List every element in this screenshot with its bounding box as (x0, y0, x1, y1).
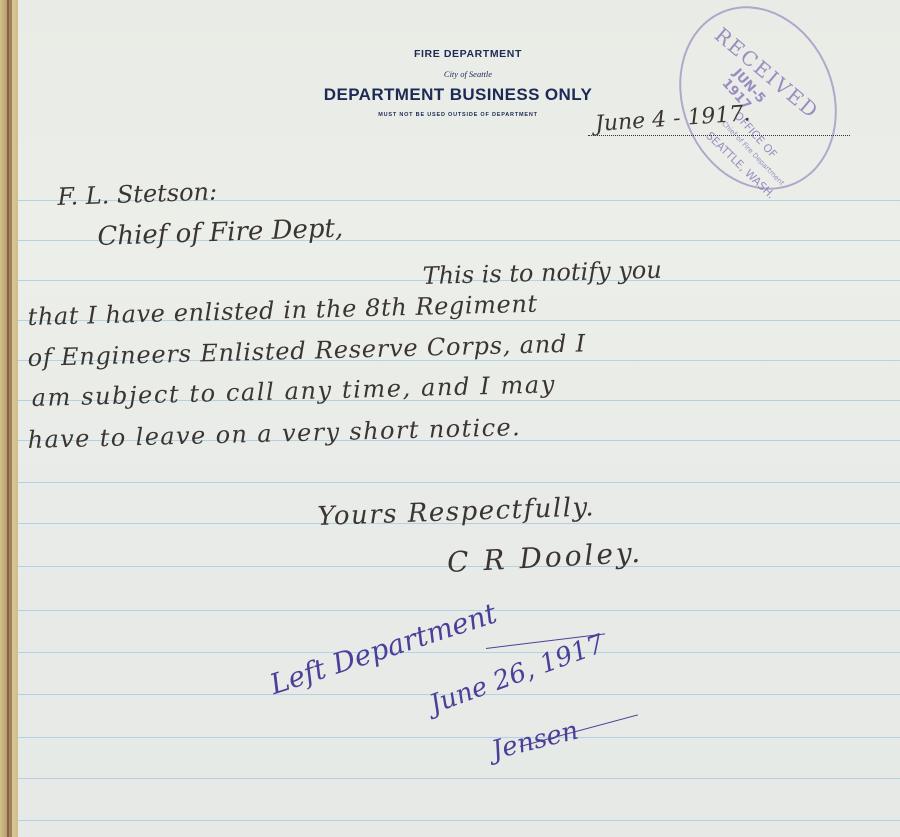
body-line-2: that I have enlisted in the 8th Regiment (27, 290, 538, 331)
closing: Yours Respectfully. (317, 492, 596, 532)
ruled-line (18, 778, 900, 779)
body-line-3: of Engineers Enlisted Reserve Corps, and… (27, 329, 586, 372)
binder-line (7, 0, 9, 837)
signature: C R Dooley. (446, 536, 643, 579)
salutation-name: F. L. Stetson: (57, 177, 217, 211)
ruled-line (18, 820, 900, 821)
letter-sheet: FIRE DEPARTMENT City of Seattle DEPARTME… (18, 0, 900, 837)
body-line-1: This is to notify you (422, 256, 662, 290)
body-line-4: am subject to call any time, and I may (31, 370, 556, 412)
ruled-line (18, 482, 900, 483)
ruled-line (18, 652, 900, 653)
letterhead-organization: FIRE DEPARTMENT (378, 48, 558, 60)
ruled-line (18, 737, 900, 738)
letterhead-city: City of Seattle (378, 69, 558, 79)
letterhead-restriction: MUST NOT BE USED OUTSIDE OF DEPARTMENT (338, 112, 578, 118)
date-line (588, 135, 850, 136)
body-line-5: have to leave on a very short notice. (27, 413, 521, 454)
letterhead-title: DEPARTMENT BUSINESS ONLY (268, 85, 648, 105)
salutation-title: Chief of Fire Dept, (97, 213, 344, 252)
